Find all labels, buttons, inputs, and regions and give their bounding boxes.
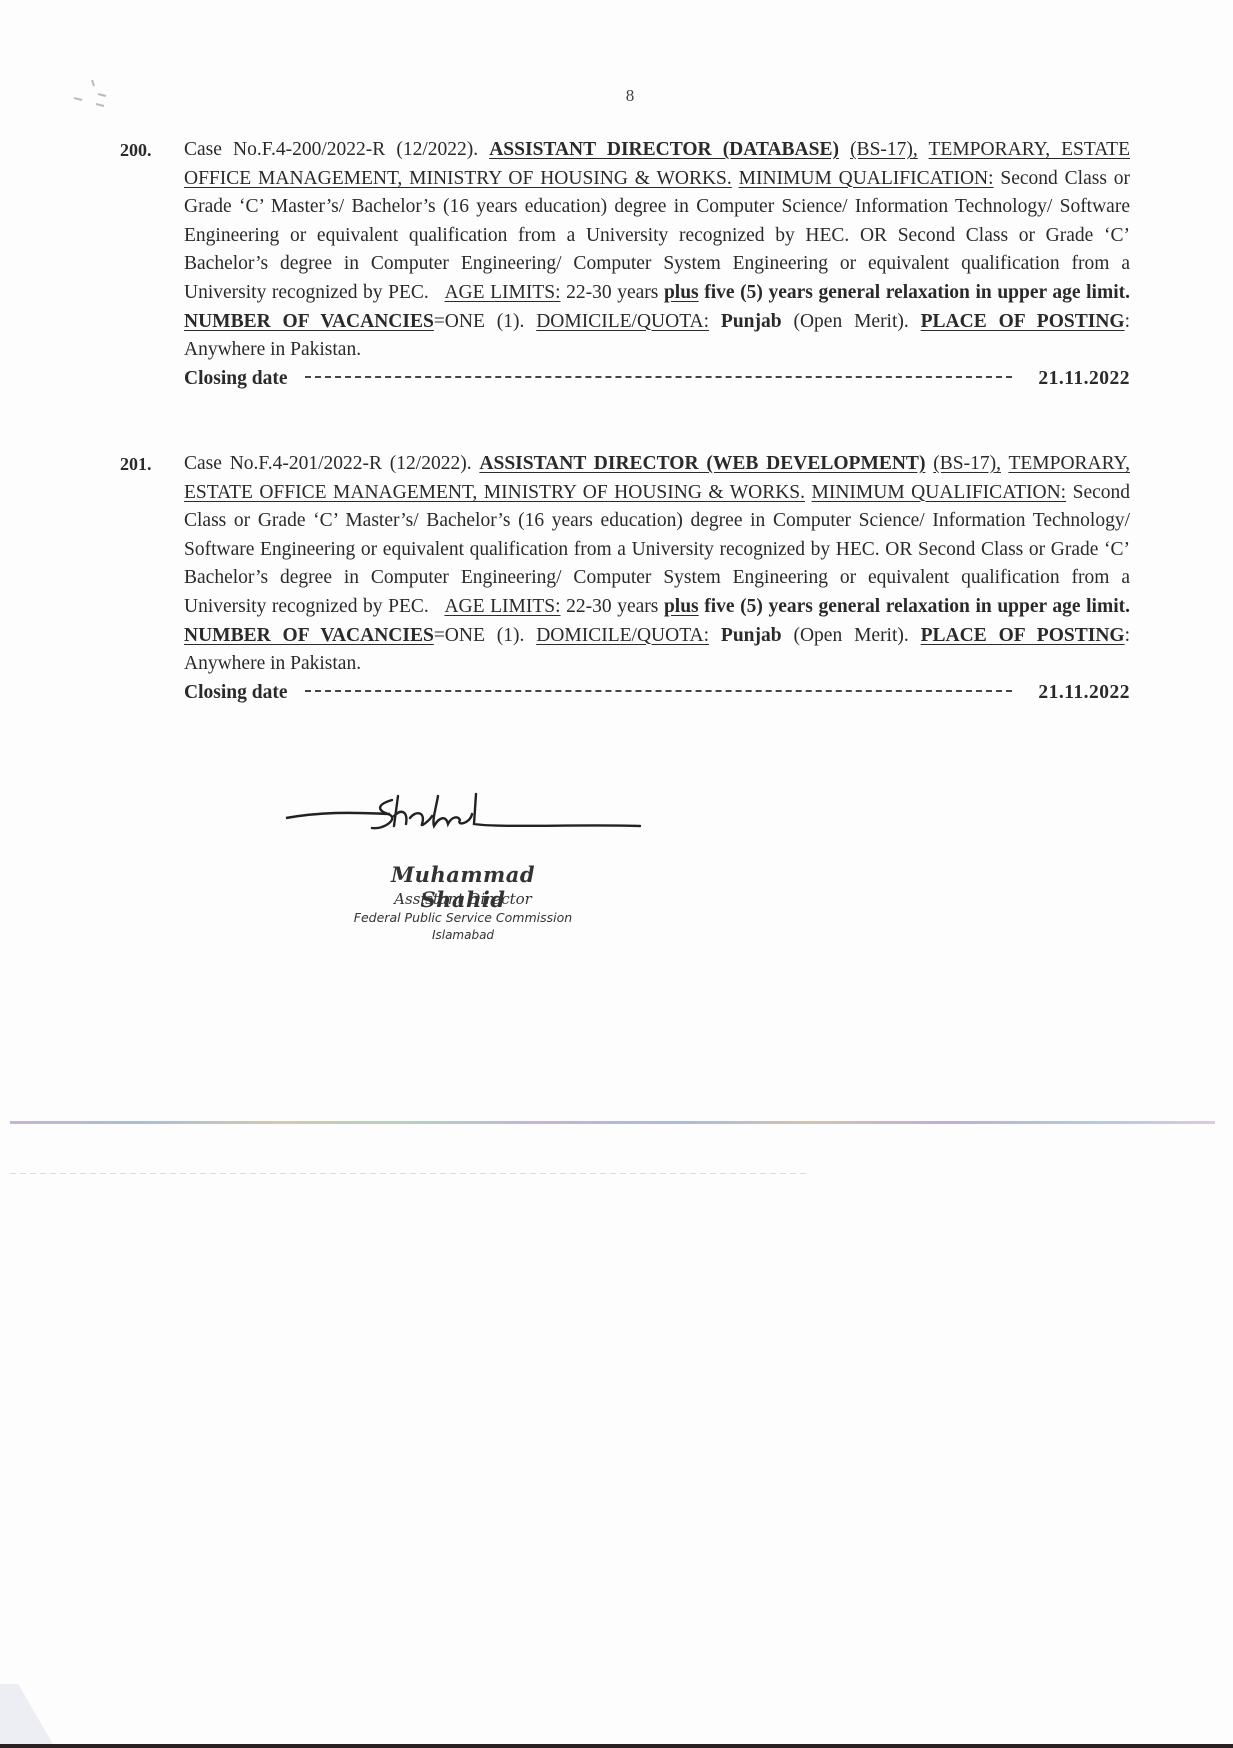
page-number: 8	[0, 86, 1233, 106]
domicile-province: Punjab	[721, 625, 782, 646]
vacancies-label: NUMBER OF VACANCIES	[184, 625, 434, 646]
age-relaxation: five (5) years general relaxation in upp…	[704, 282, 1130, 303]
age-limits-label: AGE LIMITS:	[444, 596, 560, 617]
domicile-province: Punjab	[721, 311, 782, 332]
item-body: Case No.F.4-201/2022-R (12/2022). ASSIST…	[184, 450, 1130, 679]
vacancy-item-201: 201. Case No.F.4-201/2022-R (12/2022). A…	[120, 450, 1130, 707]
age-limits-value: 22-30 years	[566, 282, 658, 303]
scan-bottom-edge	[0, 1744, 1233, 1748]
case-number: Case No.F.4-200/2022-R (12/2022).	[184, 139, 478, 160]
scan-ghost-line	[10, 1173, 810, 1174]
age-limits-label: AGE LIMITS:	[444, 282, 560, 303]
leader-dashes	[305, 376, 1012, 378]
plus-label: plus	[664, 282, 699, 303]
leader-dashes	[305, 690, 1012, 692]
scan-divider-line	[10, 1121, 1215, 1124]
item-number: 201.	[120, 450, 152, 479]
min-qualification-label: MINIMUM QUALIFICATION:	[739, 168, 994, 189]
min-qualification-label: MINIMUM QUALIFICATION:	[812, 482, 1067, 503]
item-number: 200.	[120, 136, 152, 165]
posting-label: PLACE OF POSTING	[921, 311, 1125, 332]
pay-scale: (BS-17),	[850, 139, 918, 160]
item-body: Case No.F.4-200/2022-R (12/2022). ASSIST…	[184, 136, 1130, 365]
domicile-label: DOMICILE/QUOTA:	[536, 625, 709, 646]
closing-date-row: Closing date 21.11.2022	[184, 679, 1130, 708]
post-title: ASSISTANT DIRECTOR (WEB DEVELOPMENT)	[479, 453, 925, 474]
handwritten-signature	[280, 790, 700, 860]
domicile-label: DOMICILE/QUOTA:	[536, 311, 709, 332]
domicile-detail: (Open Merit).	[793, 625, 908, 646]
closing-date-label: Closing date	[184, 679, 287, 708]
age-relaxation: five (5) years general relaxation in upp…	[704, 596, 1130, 617]
closing-date-label: Closing date	[184, 365, 287, 394]
plus-label: plus	[664, 596, 699, 617]
domicile-detail: (Open Merit).	[793, 311, 908, 332]
closing-date-value: 21.11.2022	[1038, 679, 1130, 708]
vacancy-item-200: 200. Case No.F.4-200/2022-R (12/2022). A…	[120, 136, 1130, 393]
signatory-organization: Federal Public Service Commission	[328, 910, 598, 925]
closing-date-row: Closing date 21.11.2022	[184, 365, 1130, 394]
age-limits-value: 22-30 years	[566, 596, 658, 617]
vacancies-value: =ONE (1).	[434, 311, 525, 332]
signatory-title: Assistant Director	[348, 890, 578, 908]
signatory-city: Islamabad	[348, 928, 578, 942]
vacancies-label: NUMBER OF VACANCIES	[184, 311, 434, 332]
case-number: Case No.F.4-201/2022-R (12/2022).	[184, 453, 472, 474]
posting-label: PLACE OF POSTING	[921, 625, 1125, 646]
pay-scale: (BS-17),	[933, 453, 1001, 474]
closing-date-value: 21.11.2022	[1038, 365, 1130, 394]
page-corner-fold	[0, 1684, 70, 1744]
post-title: ASSISTANT DIRECTOR (DATABASE)	[489, 139, 839, 160]
vacancies-value: =ONE (1).	[434, 625, 525, 646]
